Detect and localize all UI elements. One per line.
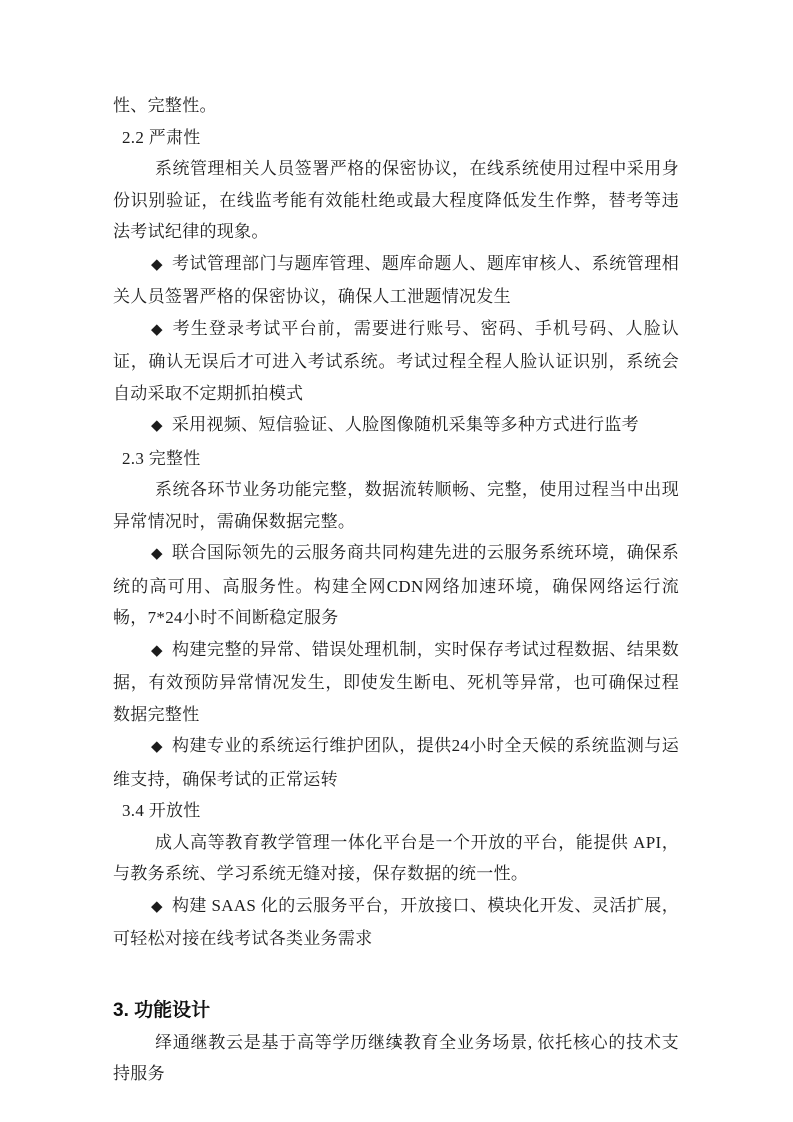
bullet-item: ◆考试管理部门与题库管理、题库命题人、题库审核人、系统管理相关人员签署严格的保密…: [113, 248, 679, 313]
document-content: 性、完整性。2.2 严肃性系统管理相关人员签署严格的保密协议，在线系统使用过程中…: [113, 90, 679, 1090]
section-heading: 3. 功能设计: [113, 994, 679, 1027]
section-subheading: 2.2 严肃性: [113, 122, 679, 154]
paragraph: 系统各环节业务功能完整，数据流转顺畅、完整，使用过程当中出现异常情况时，需确保数…: [113, 474, 679, 537]
section-subheading: 3.4 开放性: [113, 795, 679, 827]
bullet-text: 联合国际领先的云服务商共同构建先进的云服务系统环境，确保系统的高可用、高服务性。…: [113, 543, 679, 627]
paragraph: 系统管理相关人员签署严格的保密协议，在线系统使用过程中采用身份识别验证，在线监考…: [113, 153, 679, 248]
bullet-text: 构建专业的系统运行维护团队，提供24小时全天候的系统监测与运维支持，确保考试的正…: [113, 736, 679, 789]
bullet-item: ◆采用视频、短信验证、人脸图像随机采集等多种方式进行监考: [113, 409, 679, 443]
diamond-bullet-icon: ◆: [151, 322, 164, 338]
bullet-item: ◆构建专业的系统运行维护团队，提供24小时全天候的系统监测与运维支持，确保考试的…: [113, 730, 679, 795]
bullet-text: 采用视频、短信验证、人脸图像随机采集等多种方式进行监考: [172, 415, 639, 434]
bullet-text: 构建完整的异常、错误处理机制，实时保存考试过程数据、结果数据，有效预防异常情况发…: [113, 640, 679, 724]
diamond-bullet-icon: ◆: [151, 418, 163, 434]
diamond-bullet-icon: ◆: [151, 643, 163, 659]
bullet-text: 考试管理部门与题库管理、题库命题人、题库审核人、系统管理相关人员签署严格的保密协…: [113, 254, 679, 307]
diamond-bullet-icon: ◆: [151, 546, 163, 562]
diamond-bullet-icon: ◆: [151, 257, 163, 273]
bullet-item: ◆联合国际领先的云服务商共同构建先进的云服务系统环境，确保系统的高可用、高服务性…: [113, 537, 679, 634]
bullet-item: ◆考生登录考试平台前，需要进行账号、密码、手机号码、人脸认证，确认无误后才可进入…: [113, 313, 679, 410]
diamond-bullet-icon: ◆: [151, 739, 163, 755]
bullet-text: 考生登录考试平台前，需要进行账号、密码、手机号码、人脸认证，确认无误后才可进入考…: [113, 319, 679, 403]
document-page: 性、完整性。2.2 严肃性系统管理相关人员签署严格的保密协议，在线系统使用过程中…: [0, 0, 793, 1122]
bullet-text: 构建 SAAS 化的云服务平台，开放接口、模块化开发、灵活扩展，可轻松对接在线考…: [113, 896, 679, 949]
diamond-bullet-icon: ◆: [151, 899, 163, 915]
page-number: 5: [0, 1036, 793, 1052]
paragraph: 性、完整性。: [113, 90, 679, 122]
bullet-item: ◆构建 SAAS 化的云服务平台，开放接口、模块化开发、灵活扩展，可轻松对接在线…: [113, 890, 679, 955]
bullet-item: ◆构建完整的异常、错误处理机制，实时保存考试过程数据、结果数据，有效预防异常情况…: [113, 634, 679, 731]
paragraph: 成人高等教育教学管理一体化平台是一个开放的平台，能提供 API，与教务系统、学习…: [113, 827, 679, 890]
section-subheading: 2.3 完整性: [113, 443, 679, 475]
